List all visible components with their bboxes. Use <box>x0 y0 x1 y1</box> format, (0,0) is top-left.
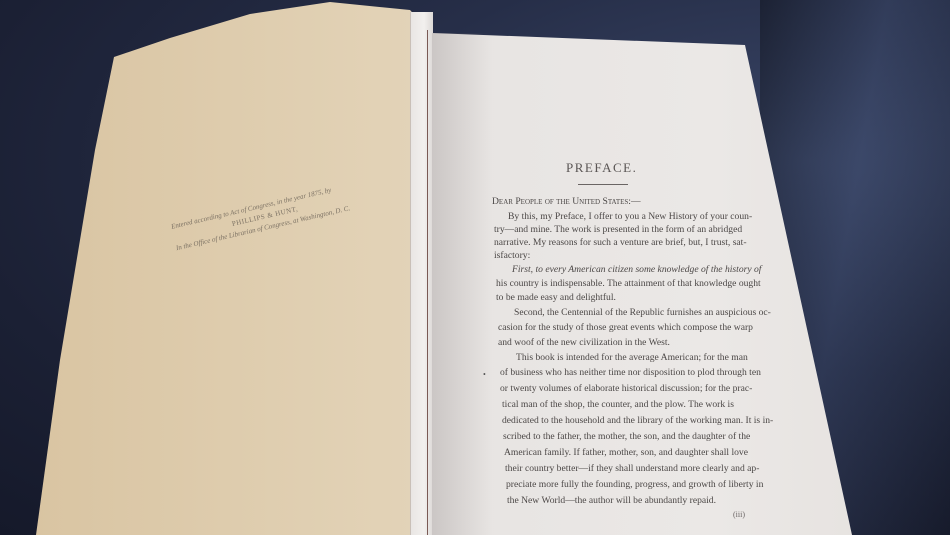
body-line: their country better—if they shall under… <box>505 463 759 474</box>
gutter-line <box>427 30 428 535</box>
body-line: casion for the study of those great even… <box>498 322 753 333</box>
body-line: tical man of the shop, the counter, and … <box>502 399 734 410</box>
salutation: Dear People of the United States:— <box>492 196 641 207</box>
body-line: try—and mine. The work is presented in t… <box>494 224 742 235</box>
body-line: of business who has neither time nor dis… <box>500 367 761 378</box>
margin-mark: • <box>483 370 486 379</box>
body-line: This book is intended for the average Am… <box>516 352 748 363</box>
title-rule <box>578 184 628 185</box>
gutter-shadow <box>432 33 492 535</box>
body-line: By this, my Preface, I offer to you a Ne… <box>508 211 752 222</box>
body-line: preciate more fully the founding, progre… <box>506 479 763 490</box>
body-line: and woof of the new civilization in the … <box>498 337 670 348</box>
page-edge <box>410 12 433 535</box>
body-line: isfactory: <box>494 250 530 261</box>
body-line: to be made easy and delightful. <box>496 292 616 303</box>
body-line: his country is indispensable. The attain… <box>496 278 761 289</box>
body-line: scribed to the father, the mother, the s… <box>503 431 750 442</box>
body-line: Second, the Centennial of the Republic f… <box>514 307 771 318</box>
body-line: the New World—the author will be abundan… <box>507 495 716 506</box>
body-line: or twenty volumes of elaborate historica… <box>500 383 752 394</box>
body-line: dedicated to the household and the libra… <box>502 415 773 426</box>
page-number: (iii) <box>733 510 745 519</box>
body-line: narrative. My reasons for such a venture… <box>494 237 747 248</box>
body-line: American family. If father, mother, son,… <box>504 447 748 458</box>
page-title: PREFACE. <box>566 160 637 176</box>
body-line: First, to every American citizen some kn… <box>512 264 761 275</box>
